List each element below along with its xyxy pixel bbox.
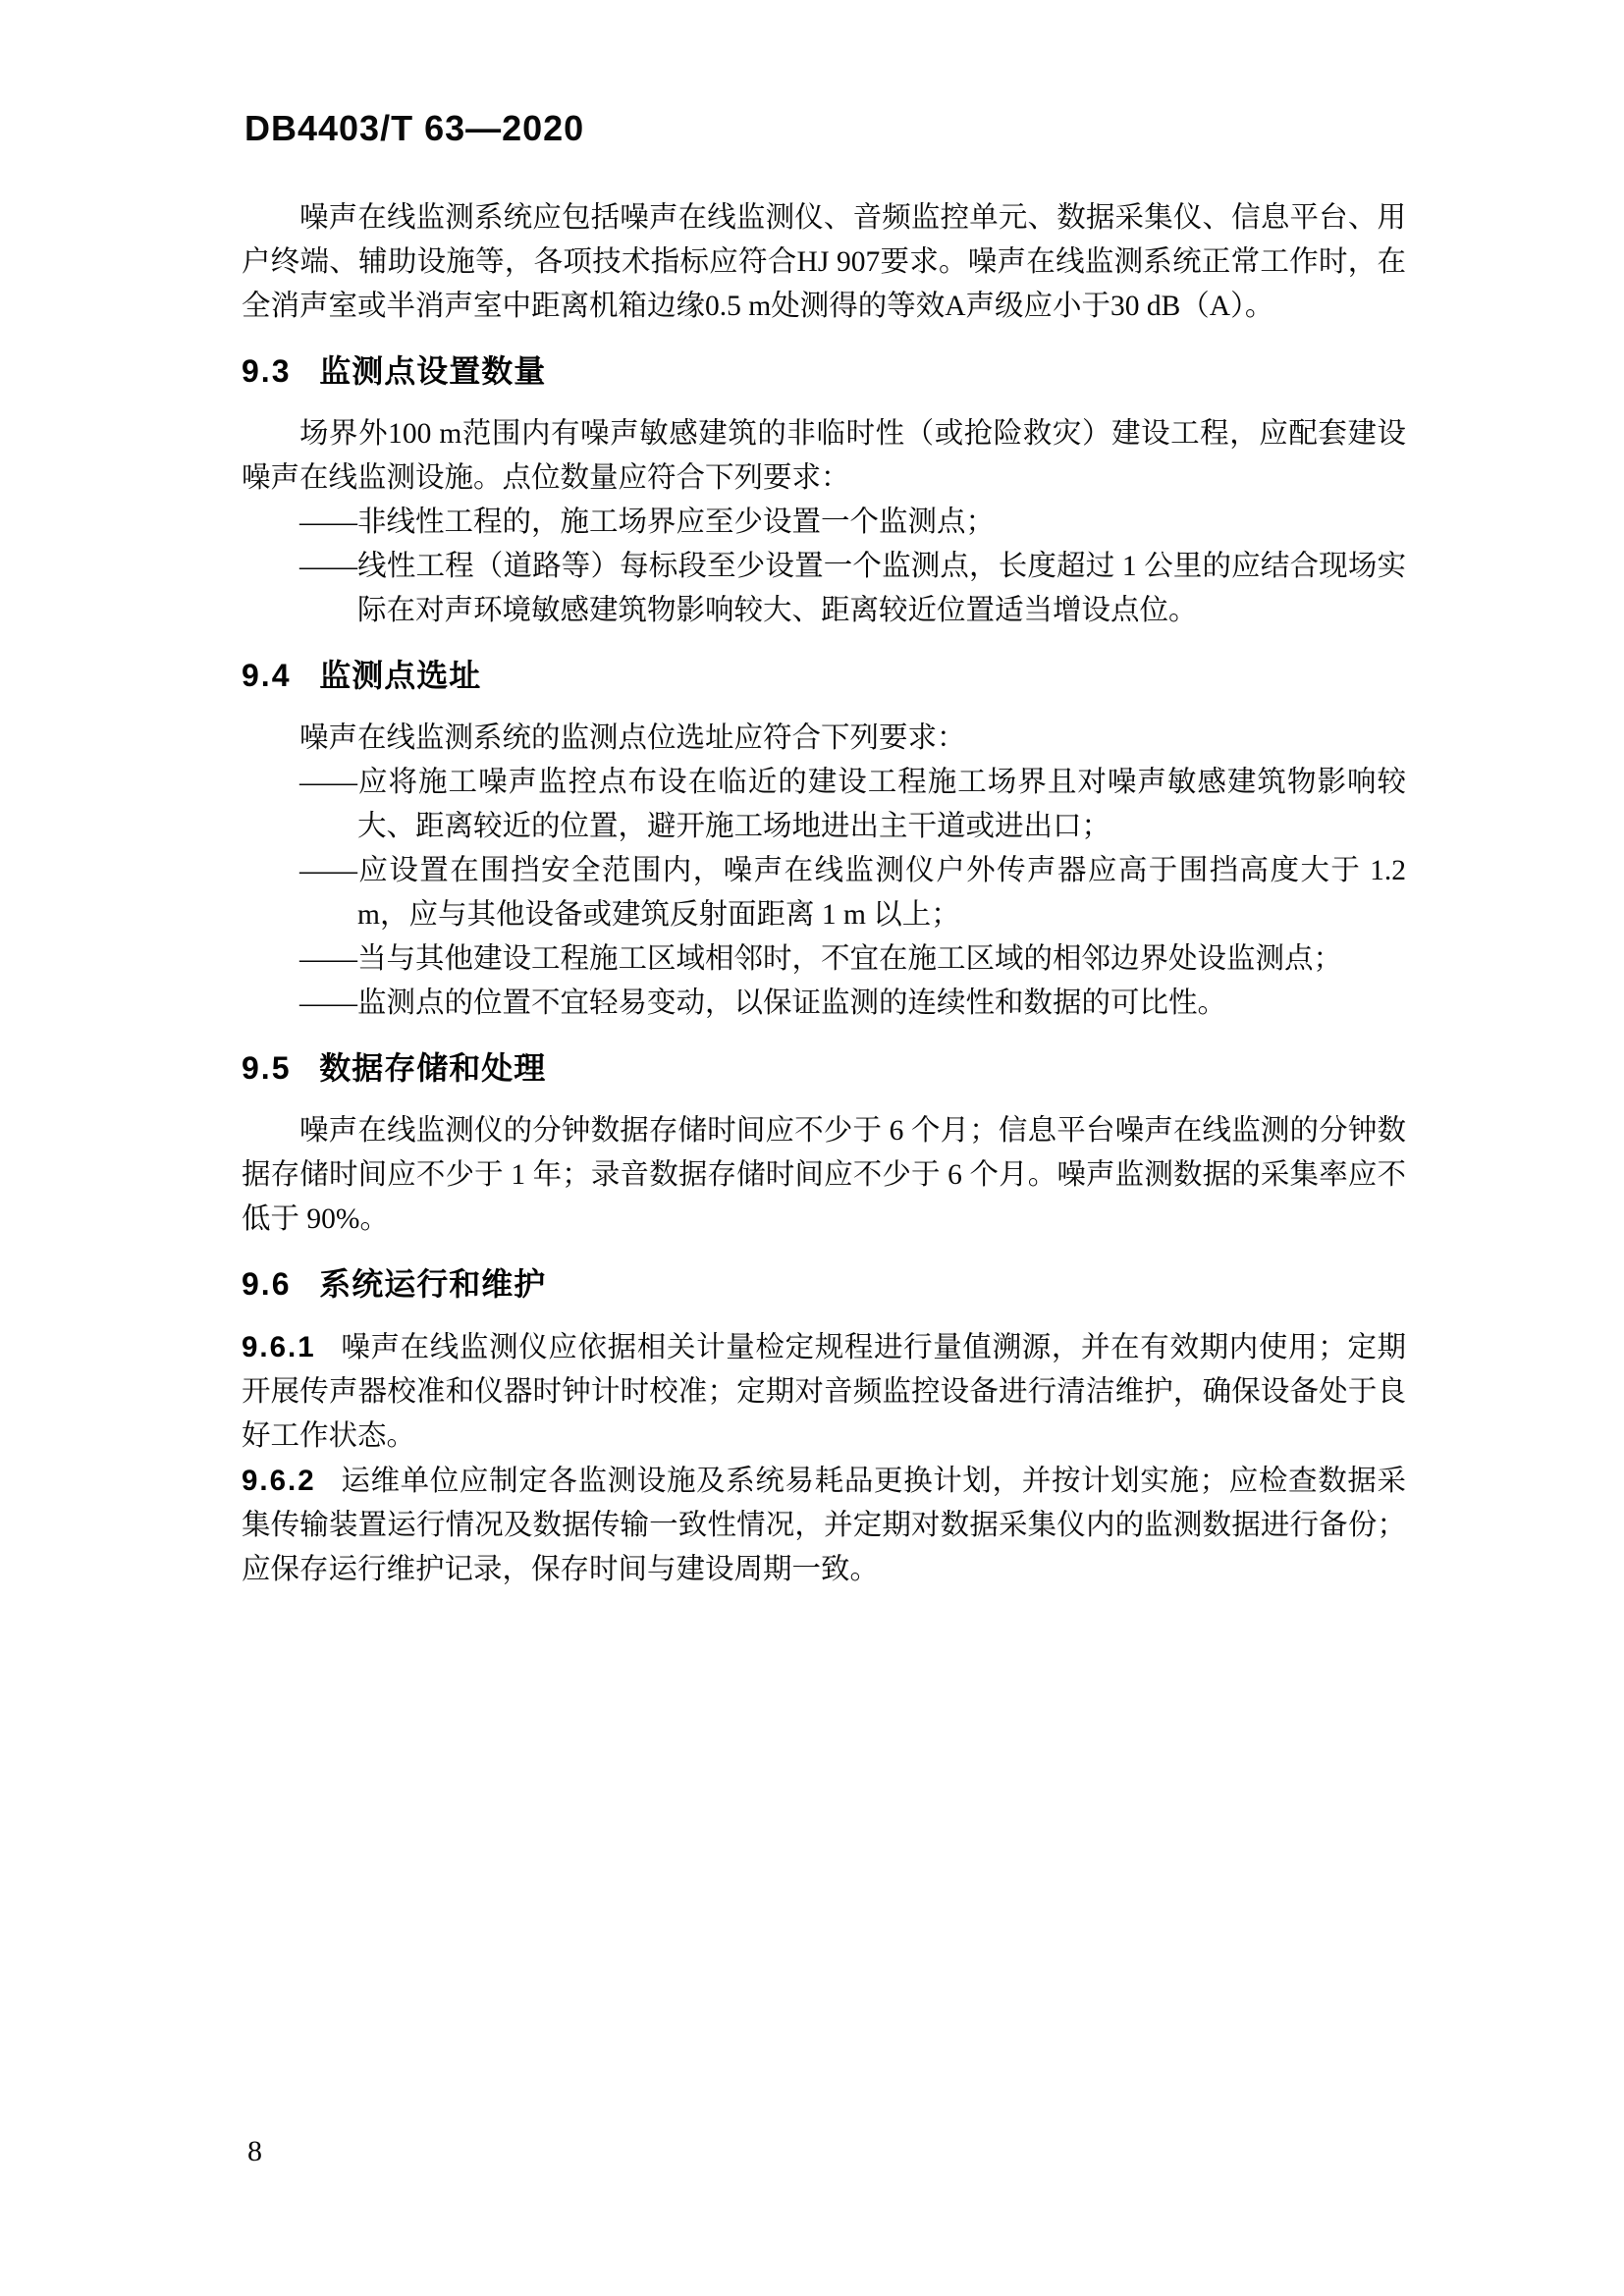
paragraph: 噪声在线监测仪的分钟数据存储时间应不少于 6 个月；信息平台噪声在线监测的分钟数… (242, 1109, 1406, 1242)
section-number: 9.3 (242, 353, 291, 389)
section-number: 9.4 (242, 658, 291, 693)
list-item: ——当与其他建设工程施工区域相邻时，不宜在施工区域的相邻边界处设监测点； (242, 937, 1406, 982)
list-item: ——监测点的位置不宜轻易变动，以保证监测的连续性和数据的可比性。 (242, 982, 1406, 1026)
document-page: DB4403/T 63—2020 噪声在线监测系统应包括噪声在线监测仪、音频监控… (0, 0, 1624, 2296)
clause-9-6-2: 9.6.2运维单位应制定各监测设施及系统易耗品更换计划，并按计划实施；应检查数据… (242, 1459, 1406, 1592)
clause-9-6-1: 9.6.1噪声在线监测仪应依据相关计量检定规程进行量值溯源，并在有效期内使用；定… (242, 1325, 1406, 1459)
document-body: 噪声在线监测系统应包括噪声在线监测仪、音频监控单元、数据采集仪、信息平台、用户终… (242, 196, 1406, 1592)
section-heading-9-5: 9.5数据存储和处理 (242, 1046, 1406, 1091)
paragraph: 噪声在线监测系统的监测点位选址应符合下列要求： (242, 717, 1406, 761)
intro-paragraph: 噪声在线监测系统应包括噪声在线监测仪、音频监控单元、数据采集仪、信息平台、用户终… (242, 196, 1406, 329)
section-number: 9.6 (242, 1266, 291, 1302)
list-item: ——线性工程（道路等）每标段至少设置一个监测点，长度超过 1 公里的应结合现场实… (242, 545, 1406, 633)
clause-text: 噪声在线监测仪应依据相关计量检定规程进行量值溯源，并在有效期内使用；定期开展传声… (242, 1332, 1406, 1452)
paragraph: 场界外100 m范围内有噪声敏感建筑的非临时性（或抢险救灾）建设工程，应配套建设… (242, 412, 1406, 501)
clause-number: 9.6.2 (242, 1465, 316, 1497)
list-item: ——应将施工噪声监控点布设在临近的建设工程施工场界且对噪声敏感建筑物影响较大、距… (242, 761, 1406, 849)
page-number: 8 (247, 2132, 262, 2171)
section-title: 系统运行和维护 (319, 1266, 546, 1302)
section-title: 监测点选址 (319, 658, 481, 693)
section-heading-9-3: 9.3监测点设置数量 (242, 349, 1406, 394)
section-title: 数据存储和处理 (319, 1050, 546, 1086)
list-item: ——应设置在围挡安全范围内，噪声在线监测仪户外传声器应高于围挡高度大于 1.2 … (242, 849, 1406, 937)
section-number: 9.5 (242, 1050, 291, 1086)
section-heading-9-6: 9.6系统运行和维护 (242, 1262, 1406, 1307)
section-heading-9-4: 9.4监测点选址 (242, 654, 1406, 698)
clause-number: 9.6.1 (242, 1331, 316, 1363)
clause-text: 运维单位应制定各监测设施及系统易耗品更换计划，并按计划实施；应检查数据采集传输装… (242, 1466, 1406, 1585)
list-item: ——非线性工程的，施工场界应至少设置一个监测点； (242, 501, 1406, 545)
doc-code-header: DB4403/T 63—2020 (244, 108, 584, 149)
section-title: 监测点设置数量 (319, 353, 546, 389)
